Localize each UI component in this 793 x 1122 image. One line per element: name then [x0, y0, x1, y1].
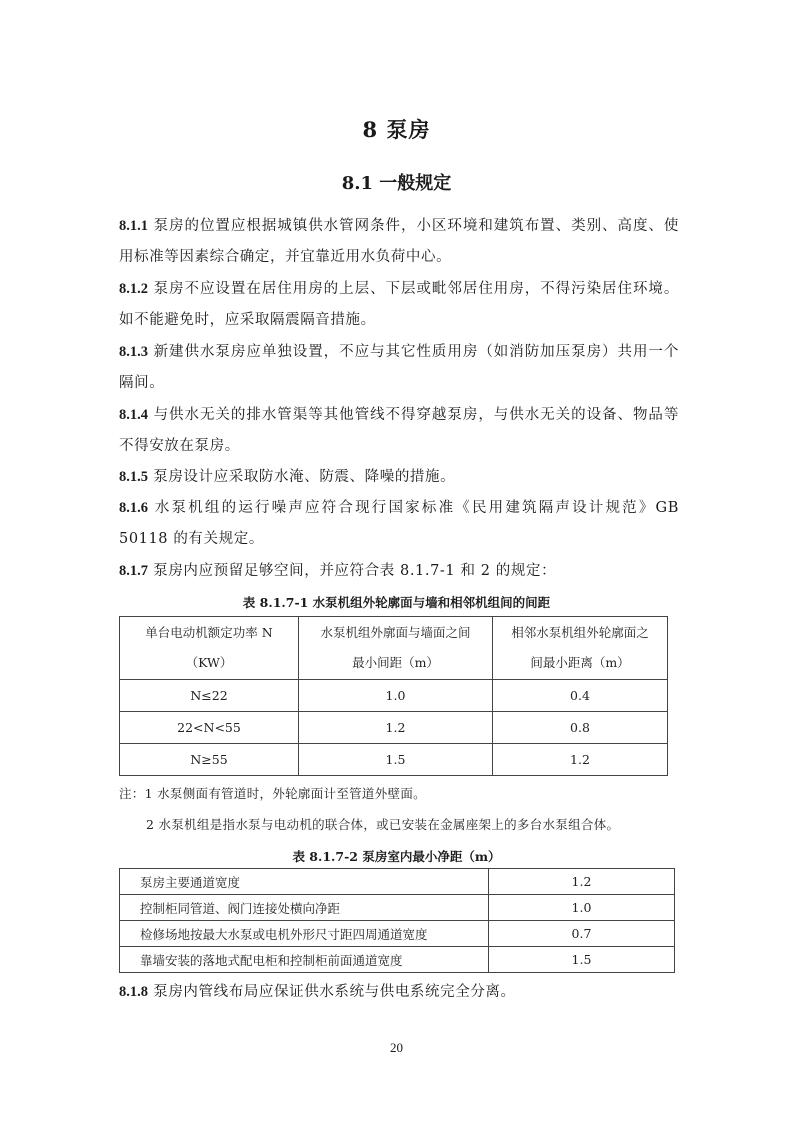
table-row: 靠墙安装的落地式配电柜和控制柜前面通道宽度 1.5 — [120, 947, 675, 973]
table-row: 检修场地按最大水泵或电机外形尺寸距四周通道宽度 0.7 — [120, 921, 675, 947]
header-cell: 水泵机组外廓面与墙面之间 最小间距（m） — [299, 617, 493, 680]
clause-number: 8.1.4 — [119, 407, 148, 423]
clause-text: 泵房设计应采取防水淹、防震、降噪的措施。 — [153, 469, 455, 485]
table-cell: 检修场地按最大水泵或电机外形尺寸距四周通道宽度 — [120, 921, 489, 947]
table-cell: 1.2 — [489, 869, 675, 895]
clause-8-1-3: 8.1.3 新建供水泵房应单独设置，不应与其它性质用房（如消防加压泵房）共用一个… — [119, 337, 679, 399]
table-cell: 1.0 — [299, 680, 493, 712]
clause-8-1-5: 8.1.5 泵房设计应采取防水淹、防震、降噪的措施。 — [119, 462, 679, 493]
document-page: 8 泵房 8.1 一般规定 8.1.1 泵房的位置应根据城镇供水管网条件，小区环… — [0, 0, 793, 1122]
table-header-row: 单台电动机额定功率 N （KW） 水泵机组外廓面与墙面之间 最小间距（m） 相邻… — [120, 617, 668, 680]
table-row: 泵房主要通道宽度 1.2 — [120, 869, 675, 895]
clause-number: 8.1.5 — [119, 469, 148, 485]
clause-number: 8.1.8 — [119, 984, 148, 1000]
pump-spacing-table: 单台电动机额定功率 N （KW） 水泵机组外廓面与墙面之间 最小间距（m） 相邻… — [119, 616, 668, 776]
clause-number: 8.1.3 — [119, 344, 148, 360]
clause-text: 与供水无关的排水管渠等其他管线不得穿越泵房，与供水无关的设备、物品等不得安放在泵… — [119, 407, 679, 454]
table-row: 22<N<55 1.2 0.8 — [120, 712, 668, 744]
clause-number: 8.1.2 — [119, 281, 148, 297]
table-cell: 1.5 — [299, 744, 493, 776]
section-title: 8.1 一般规定 — [0, 169, 793, 195]
table-row: N≤22 1.0 0.4 — [120, 680, 668, 712]
table-cell: N≤22 — [120, 680, 299, 712]
table-cell: 靠墙安装的落地式配电柜和控制柜前面通道宽度 — [120, 947, 489, 973]
table-cell: 泵房主要通道宽度 — [120, 869, 489, 895]
table-note-1: 注：1 水泵侧面有管道时，外轮廓面计至管道外壁面。 — [119, 784, 426, 802]
clause-number: 8.1.7 — [119, 563, 148, 579]
table-cell: 1.2 — [493, 744, 668, 776]
clause-text: 泵房内应预留足够空间，并应符合表 8.1.7-1 和 2 的规定： — [153, 563, 556, 579]
clause-text: 泵房内管线布局应保证供水系统与供电系统完全分离。 — [153, 984, 515, 1000]
table-cell: 1.5 — [489, 947, 675, 973]
clause-number: 8.1.6 — [119, 500, 148, 516]
table-cell: 控制柜同管道、阀门连接处横向净距 — [120, 895, 489, 921]
table-cell: 0.8 — [493, 712, 668, 744]
table-row: 控制柜同管道、阀门连接处横向净距 1.0 — [120, 895, 675, 921]
clause-8-1-2: 8.1.2 泵房不应设置在居住用房的上层、下层或毗邻居住用房，不得污染居住环境。… — [119, 274, 679, 336]
min-clearance-table: 泵房主要通道宽度 1.2 控制柜同管道、阀门连接处横向净距 1.0 检修场地按最… — [119, 868, 675, 973]
table-row: N≥55 1.5 1.2 — [120, 744, 668, 776]
table2-caption: 表 8.1.7-2 泵房室内最小净距（m） — [0, 847, 793, 865]
table-cell: N≥55 — [120, 744, 299, 776]
clause-text: 水泵机组的运行噪声应符合现行国家标准《民用建筑隔声设计规范》GB 50118 的… — [119, 500, 679, 547]
header-cell: 相邻水泵机组外轮廓面之 间最小距离（m） — [493, 617, 668, 680]
table-cell: 1.2 — [299, 712, 493, 744]
table-cell: 0.4 — [493, 680, 668, 712]
clause-8-1-4: 8.1.4 与供水无关的排水管渠等其他管线不得穿越泵房，与供水无关的设备、物品等… — [119, 400, 679, 462]
table-note-2: 2 水泵机组是指水泵与电动机的联合体，或已安装在金属座架上的多台水泵组合体。 — [146, 815, 619, 833]
chapter-title: 8 泵房 — [0, 114, 793, 144]
page-number: 20 — [0, 1040, 793, 1056]
clause-number: 8.1.1 — [119, 218, 148, 234]
table-cell: 22<N<55 — [120, 712, 299, 744]
table-cell: 1.0 — [489, 895, 675, 921]
clause-text: 泵房不应设置在居住用房的上层、下层或毗邻居住用房，不得污染居住环境。如不能避免时… — [119, 281, 679, 328]
header-cell: 单台电动机额定功率 N （KW） — [120, 617, 299, 680]
clause-8-1-6: 8.1.6 水泵机组的运行噪声应符合现行国家标准《民用建筑隔声设计规范》GB 5… — [119, 493, 679, 555]
table-cell: 0.7 — [489, 921, 675, 947]
clause-text: 新建供水泵房应单独设置，不应与其它性质用房（如消防加压泵房）共用一个隔间。 — [119, 344, 679, 391]
table1-caption: 表 8.1.7-1 水泵机组外轮廓面与墙和相邻机组间的间距 — [0, 593, 793, 611]
clause-8-1-1: 8.1.1 泵房的位置应根据城镇供水管网条件，小区环境和建筑布置、类别、高度、使… — [119, 211, 679, 273]
clause-8-1-8: 8.1.8 泵房内管线布局应保证供水系统与供电系统完全分离。 — [119, 977, 679, 1008]
clause-text: 泵房的位置应根据城镇供水管网条件，小区环境和建筑布置、类别、高度、使用标准等因素… — [119, 218, 679, 265]
clause-8-1-7: 8.1.7 泵房内应预留足够空间，并应符合表 8.1.7-1 和 2 的规定： — [119, 556, 679, 587]
